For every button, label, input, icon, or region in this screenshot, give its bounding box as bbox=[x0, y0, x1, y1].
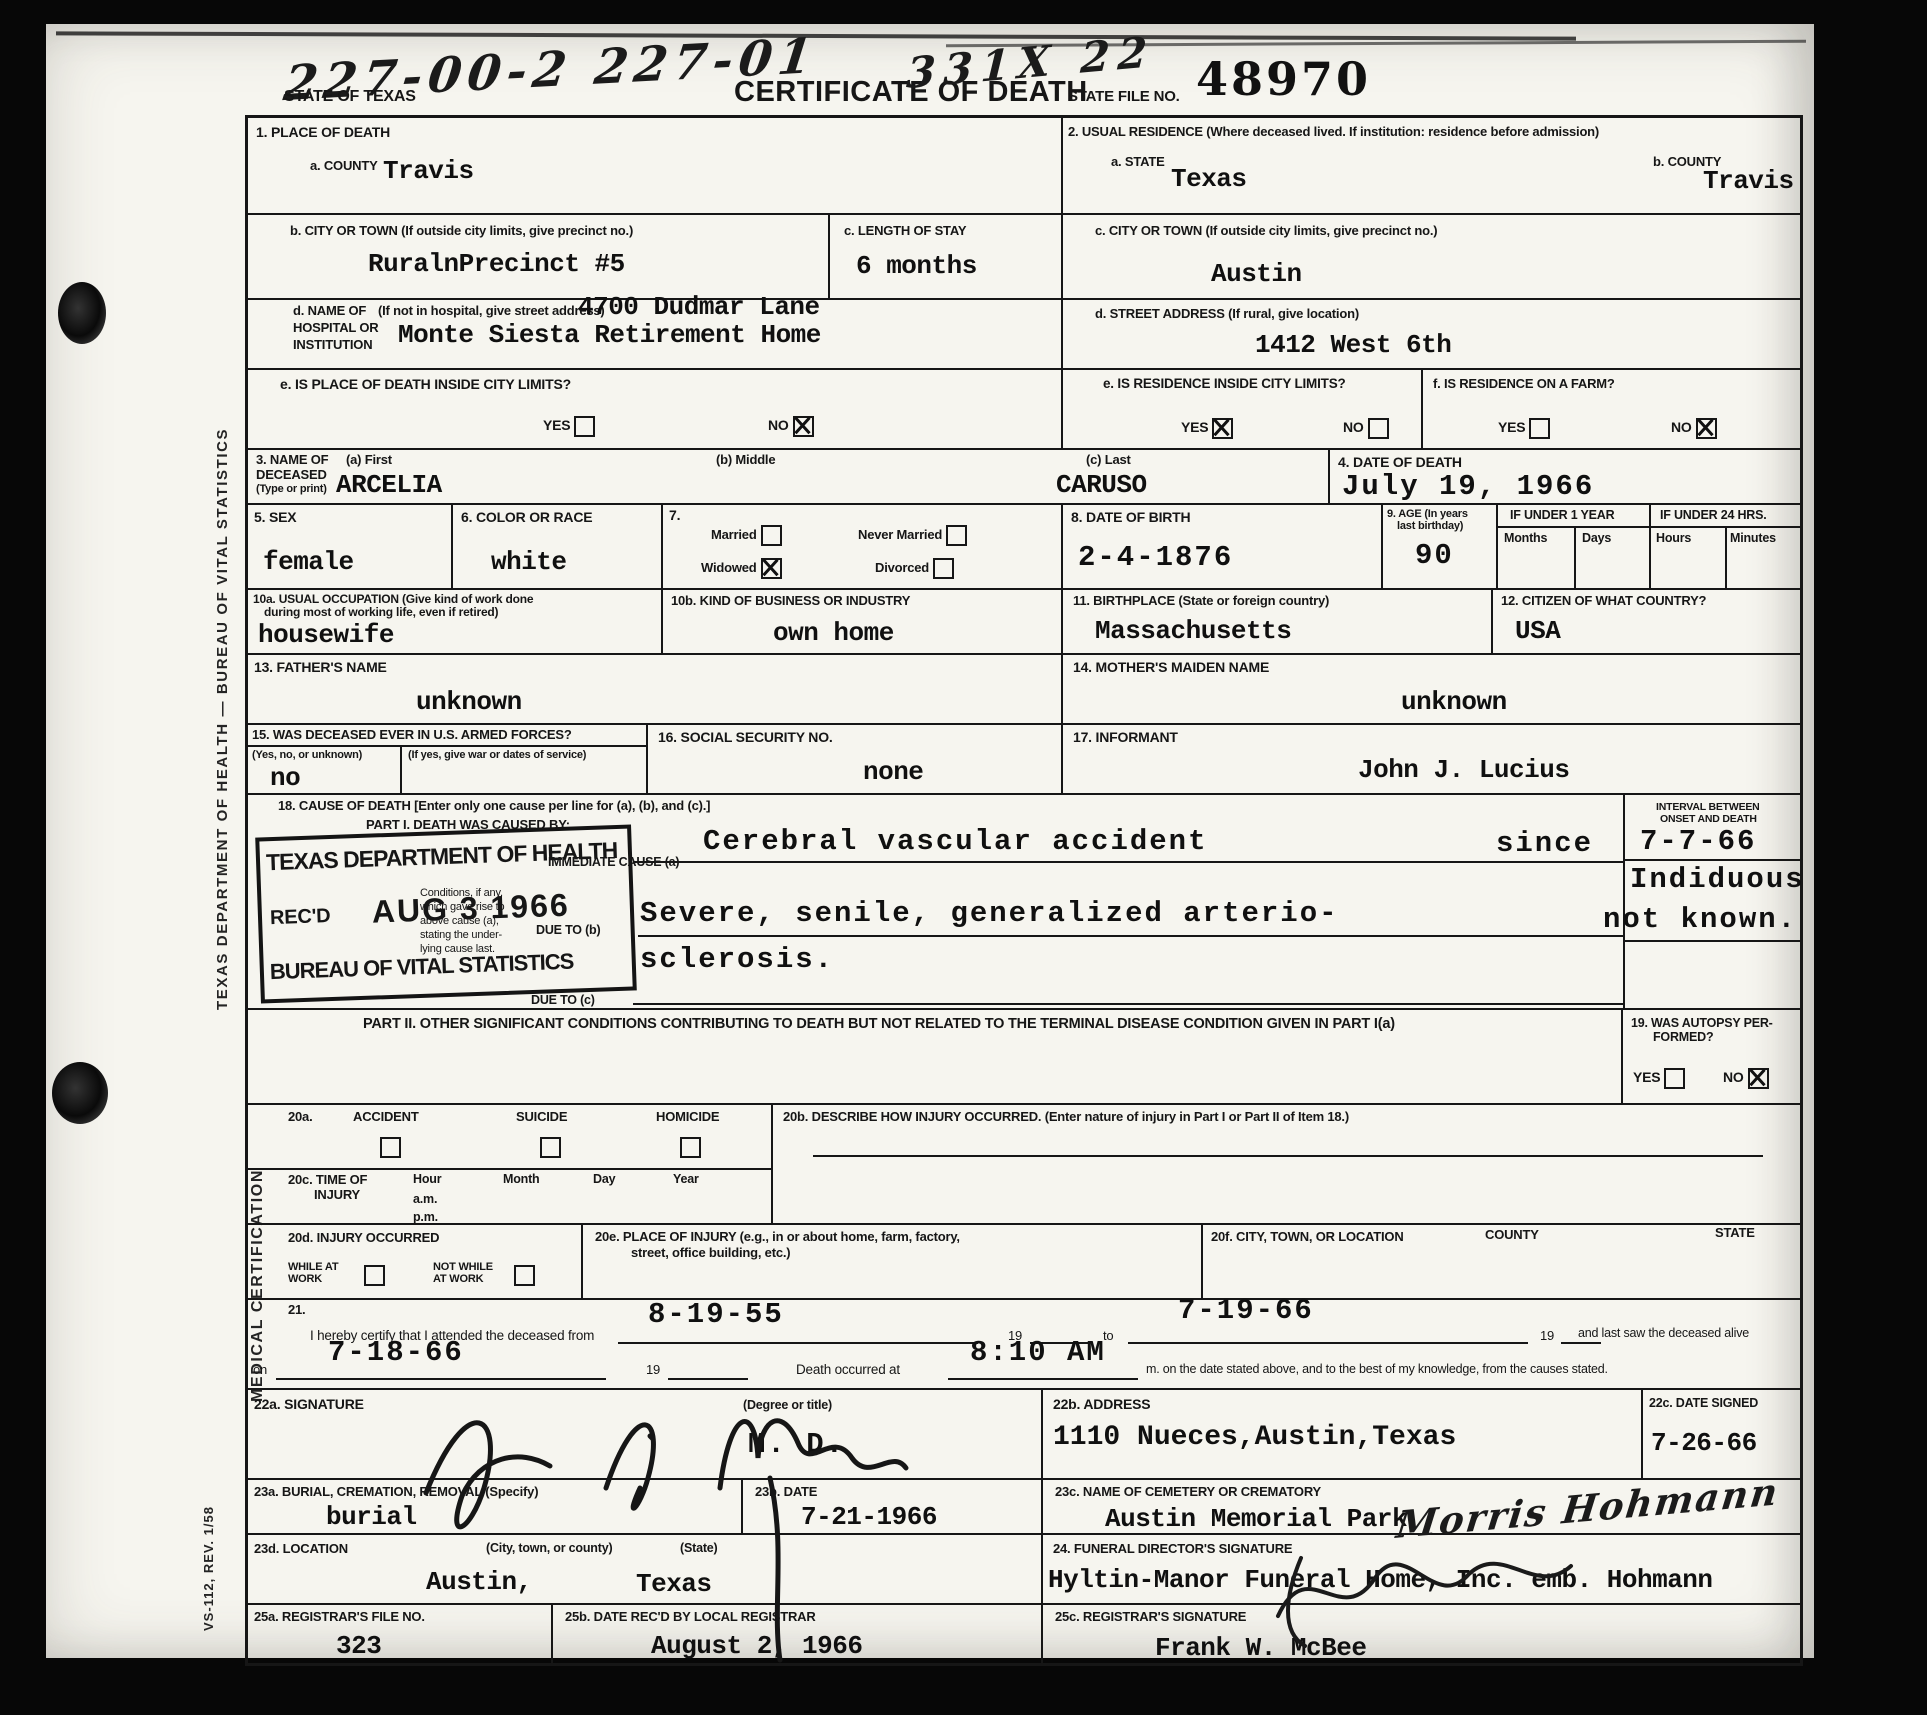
field-12-citizen-of-country: 12. CITIZEN OF WHAT COUNTRY? USA bbox=[1493, 588, 1800, 653]
hour-label: Hour bbox=[413, 1172, 441, 1186]
no-checkbox-checked bbox=[793, 416, 814, 437]
no-checkbox-checked bbox=[1696, 418, 1717, 439]
margin-department-text: TEXAS DEPARTMENT OF HEALTH — BUREAU OF V… bbox=[214, 286, 231, 1010]
field-label: 10a. USUAL OCCUPATION (Give kind of work… bbox=[253, 592, 533, 606]
accident-checkbox bbox=[380, 1137, 401, 1158]
field-16-social-security-no: 16. SOCIAL SECURITY NO. none bbox=[648, 723, 1063, 793]
not-while-at-work-label: AT WORK bbox=[433, 1273, 483, 1285]
state-file-no-label: STATE FILE NO. bbox=[1068, 88, 1180, 105]
field-hint: (Yes, no, or unknown) bbox=[252, 749, 362, 761]
certify-text: m. on the date stated above, and to the … bbox=[1146, 1362, 1608, 1376]
field-label: 11. BIRTHPLACE (State or foreign country… bbox=[1073, 593, 1329, 608]
field-10a-usual-occupation: 10a. USUAL OCCUPATION (Give kind of work… bbox=[248, 588, 663, 653]
yes-label: YES bbox=[543, 417, 570, 433]
field-label: c. LENGTH OF STAY bbox=[844, 223, 966, 238]
cemetery-value: Austin Memorial Park bbox=[1105, 1504, 1407, 1534]
field-label: 13. FATHER'S NAME bbox=[254, 659, 387, 675]
due-to-c-label: DUE TO (c) bbox=[531, 993, 595, 1007]
field-7-marital-status: 7. Married Never Married Widowed Divorce… bbox=[663, 503, 1063, 588]
field-20a-accident-suicide-homicide: 20a. ACCIDENT SUICIDE HOMICIDE bbox=[248, 1103, 773, 1168]
while-at-work-label: WORK bbox=[288, 1273, 322, 1285]
mothers-name-value: unknown bbox=[1401, 687, 1507, 717]
field-label: street, office building, etc.) bbox=[631, 1245, 790, 1260]
day-label: Day bbox=[593, 1172, 615, 1186]
field-2c-city-or-town: c. CITY OR TOWN (If outside city limits,… bbox=[1063, 213, 1800, 298]
field-5-sex: 5. SEX female bbox=[248, 503, 453, 588]
field-10b-kind-of-business: 10b. KIND OF BUSINESS OR INDUSTRY own ho… bbox=[663, 588, 1063, 653]
field-label: 9. AGE (In years bbox=[1387, 508, 1468, 520]
field-20c-time-of-injury: 20c. TIME OF INJURY Hour a.m. p.m. Month… bbox=[248, 1168, 773, 1223]
yes-option: YES bbox=[1633, 1068, 1685, 1089]
if-under-1-year-label: IF UNDER 1 YEAR bbox=[1510, 508, 1614, 522]
stamp-line3: BUREAU OF VITAL STATISTICS bbox=[269, 949, 573, 986]
field-20f-city-town-location: 20f. CITY, TOWN, OR LOCATION COUNTY STAT… bbox=[1203, 1223, 1800, 1298]
stamp-recd-label: REC'D bbox=[270, 905, 331, 930]
no-label: NO bbox=[1671, 419, 1692, 435]
state-of-texas-label: STATE OF TEXAS bbox=[284, 88, 416, 106]
field-part2-other-conditions: PART II. OTHER SIGNIFICANT CONDITIONS CO… bbox=[248, 1008, 1623, 1103]
field-label: 23c. NAME OF CEMETERY OR CREMATORY bbox=[1055, 1484, 1321, 1499]
field-13-fathers-name: 13. FATHER'S NAME unknown bbox=[248, 653, 1063, 723]
interval-b-value-line1: Indiduous bbox=[1630, 863, 1805, 896]
divorced-label: Divorced bbox=[875, 560, 929, 575]
field-label: 20b. DESCRIBE HOW INJURY OCCURRED. (Ente… bbox=[783, 1109, 1349, 1124]
yes-option: YES bbox=[1181, 418, 1233, 439]
field-label: last birthday) bbox=[1397, 520, 1463, 532]
field-label: FORMED? bbox=[1653, 1030, 1713, 1044]
field-2e-residence-inside-city-limits: e. IS RESIDENCE INSIDE CITY LIMITS? YES … bbox=[1063, 368, 1423, 448]
field-2f-residence-on-farm: f. IS RESIDENCE ON A FARM? YES NO bbox=[1423, 368, 1800, 448]
widowed-option: Widowed bbox=[701, 558, 782, 579]
never-married-label: Never Married bbox=[858, 527, 942, 542]
field-1e-place-inside-city-limits: e. IS PLACE OF DEATH INSIDE CITY LIMITS?… bbox=[248, 368, 1063, 448]
field-label: 6. COLOR OR RACE bbox=[461, 509, 592, 525]
months-label: Months bbox=[1504, 531, 1547, 545]
field-hint: (Type or print) bbox=[256, 483, 327, 495]
field-label: 10b. KIND OF BUSINESS OR INDUSTRY bbox=[671, 593, 910, 608]
field-3-name-of-deceased: 3. NAME OF DECEASED (Type or print) (a) … bbox=[248, 448, 1330, 503]
business-value: own home bbox=[773, 618, 894, 648]
field-9-age: 9. AGE (In years last birthday) 90 bbox=[1383, 503, 1498, 588]
field-label: 17. INFORMANT bbox=[1073, 729, 1178, 745]
yes-option: YES bbox=[543, 416, 595, 437]
middle-name-label: (b) Middle bbox=[716, 452, 775, 467]
pm-label: p.m. bbox=[413, 1210, 438, 1224]
stamp-line1: TEXAS DEPARTMENT OF HEALTH bbox=[266, 837, 618, 876]
field-hint: (If yes, give war or dates of service) bbox=[408, 749, 586, 761]
married-checkbox bbox=[761, 525, 782, 546]
field-1d-hospital-or-institution: d. NAME OF (If not in hospital, give str… bbox=[248, 298, 1063, 368]
county-label: COUNTY bbox=[1485, 1227, 1539, 1242]
field-22c-date-signed: 22c. DATE SIGNED 7-26-66 bbox=[1643, 1388, 1800, 1478]
street-address-value: 4700 Dudmar Lane bbox=[578, 292, 820, 322]
no-checkbox-checked bbox=[1748, 1068, 1769, 1089]
time-of-death-value: 8:10 AM bbox=[970, 1336, 1106, 1369]
physician-address-value: 1110 Nueces,Austin,Texas bbox=[1053, 1422, 1456, 1453]
ssn-value: none bbox=[863, 757, 923, 787]
file-number-value: 323 bbox=[336, 1631, 381, 1661]
field-2d-street-address: d. STREET ADDRESS (If rural, give locati… bbox=[1063, 298, 1800, 368]
fathers-name-value: unknown bbox=[416, 687, 522, 717]
hours-label: Hours bbox=[1656, 531, 1691, 545]
yes-checkbox-checked bbox=[1212, 418, 1233, 439]
field-label: INJURY bbox=[314, 1187, 360, 1202]
cause-b-value-line2: sclerosis. bbox=[640, 943, 834, 976]
field-label: 18. CAUSE OF DEATH [Enter only one cause… bbox=[278, 798, 710, 813]
date-of-birth-value: 2-4-1876 bbox=[1078, 541, 1233, 574]
no-label: NO bbox=[1723, 1069, 1744, 1085]
never-married-option: Never Married bbox=[858, 525, 967, 546]
field-label: 7. bbox=[669, 507, 680, 523]
field-label: 4. DATE OF DEATH bbox=[1338, 454, 1462, 470]
state-label: a. STATE bbox=[1111, 154, 1165, 169]
physician-signature-scrawl bbox=[398, 1308, 938, 1668]
interval-label: ONSET AND DEATH bbox=[1660, 813, 1757, 825]
field-20b-describe-injury: 20b. DESCRIBE HOW INJURY OCCURRED. (Ente… bbox=[773, 1103, 1800, 1168]
field-label: 2. USUAL RESIDENCE (Where deceased lived… bbox=[1068, 124, 1599, 139]
length-of-stay-value: 6 months bbox=[856, 251, 977, 281]
field-label: 25c. REGISTRAR'S SIGNATURE bbox=[1055, 1609, 1246, 1624]
state-label: STATE bbox=[1715, 1225, 1755, 1240]
homicide-label: HOMICIDE bbox=[656, 1109, 719, 1124]
city-value: Austin bbox=[1211, 259, 1302, 289]
not-while-at-work-checkbox bbox=[514, 1265, 535, 1286]
occupation-value: housewife bbox=[258, 620, 394, 650]
field-label: e. IS RESIDENCE INSIDE CITY LIMITS? bbox=[1103, 376, 1346, 391]
field-label: 20f. CITY, TOWN, OR LOCATION bbox=[1211, 1229, 1404, 1244]
year-19-label: 19 bbox=[1540, 1328, 1554, 1343]
birthplace-value: Massachusetts bbox=[1095, 616, 1291, 646]
field-20e-place-of-injury: 20e. PLACE OF INJURY (e.g., in or about … bbox=[583, 1223, 1203, 1298]
field-label: 15. WAS DECEASED EVER IN U.S. ARMED FORC… bbox=[252, 727, 572, 742]
field-1c-length-of-stay: c. LENGTH OF STAY 6 months bbox=[830, 213, 1063, 298]
attended-to-value: 7-19-66 bbox=[1178, 1294, 1314, 1327]
field-label: HOSPITAL OR bbox=[293, 320, 378, 335]
yes-checkbox bbox=[1664, 1068, 1685, 1089]
while-at-work-label: WHILE AT bbox=[288, 1261, 338, 1273]
certify-text: and last saw the deceased alive bbox=[1578, 1326, 1749, 1340]
field-label: during most of working life, even if ret… bbox=[264, 605, 498, 619]
field-label: f. IS RESIDENCE ON A FARM? bbox=[1433, 376, 1615, 391]
field-9-under-one-year: IF UNDER 1 YEAR IF UNDER 24 HRS. Months … bbox=[1498, 503, 1800, 588]
field-label: b. CITY OR TOWN (If outside city limits,… bbox=[290, 223, 633, 238]
no-option: NO bbox=[1343, 418, 1389, 439]
first-name-label: (a) First bbox=[346, 452, 392, 467]
hole-punch bbox=[58, 282, 106, 344]
street-address-value: 1412 West 6th bbox=[1255, 330, 1451, 360]
field-6-color-or-race: 6. COLOR OR RACE white bbox=[453, 503, 663, 588]
citizen-value: USA bbox=[1515, 616, 1560, 646]
not-while-at-work-label: NOT WHILE bbox=[433, 1261, 493, 1273]
no-label: NO bbox=[1343, 419, 1364, 435]
field-label: 21. bbox=[288, 1302, 305, 1317]
field-8-date-of-birth: 8. DATE OF BIRTH 2-4-1876 bbox=[1063, 503, 1383, 588]
field-label: 24. FUNERAL DIRECTOR'S SIGNATURE bbox=[1053, 1541, 1292, 1556]
minutes-label: Minutes bbox=[1730, 531, 1776, 545]
cause-a-interval-word: since bbox=[1496, 827, 1593, 860]
field-20d-injury-occurred: 20d. INJURY OCCURRED WHILE AT WORK NOT W… bbox=[248, 1223, 583, 1298]
field-label: 19. WAS AUTOPSY PER- bbox=[1631, 1016, 1773, 1030]
while-at-work-checkbox bbox=[364, 1265, 385, 1286]
yes-checkbox bbox=[1529, 418, 1550, 439]
certificate-form: 1. PLACE OF DEATH a. COUNTY Travis 2. US… bbox=[245, 115, 1803, 1666]
yes-checkbox bbox=[574, 416, 595, 437]
field-label: 20a. bbox=[288, 1109, 313, 1124]
field-20b-continued bbox=[773, 1168, 1800, 1223]
field-label: 23d. LOCATION bbox=[254, 1541, 348, 1556]
widowed-label: Widowed bbox=[701, 560, 757, 575]
divorced-option: Divorced bbox=[875, 558, 954, 579]
field-label: 20d. INJURY OCCURRED bbox=[288, 1230, 439, 1245]
field-label: 22b. ADDRESS bbox=[1053, 1396, 1150, 1412]
state-file-number: 48970 bbox=[1196, 52, 1371, 106]
field-22b-address: 22b. ADDRESS 1110 Nueces,Austin,Texas bbox=[1043, 1388, 1643, 1478]
scanned-death-certificate: TEXAS DEPARTMENT OF HEALTH — BUREAU OF V… bbox=[46, 24, 1814, 1658]
county-value: Travis bbox=[1703, 166, 1794, 196]
field-18-cause-of-death: 18. CAUSE OF DEATH [Enter only one cause… bbox=[248, 793, 1800, 1008]
no-checkbox bbox=[1368, 418, 1389, 439]
field-label: INSTITUTION bbox=[293, 337, 372, 352]
margin-form-code: VS-112, REV. 1/58 bbox=[201, 1279, 216, 1631]
bureau-received-stamp: TEXAS DEPARTMENT OF HEALTH REC'D AUG 3 1… bbox=[255, 824, 637, 1003]
sex-value: female bbox=[263, 547, 354, 577]
never-married-checkbox bbox=[946, 525, 967, 546]
armed-forces-value: no bbox=[270, 763, 300, 793]
field-hint: (If not in hospital, give street address… bbox=[378, 303, 605, 318]
field-4-date-of-death: 4. DATE OF DEATH July 19, 1966 bbox=[1330, 448, 1800, 503]
county-value: Travis bbox=[383, 156, 474, 186]
month-label: Month bbox=[503, 1172, 539, 1186]
field-11-birthplace: 11. BIRTHPLACE (State or foreign country… bbox=[1063, 588, 1493, 653]
first-name-value: ARCELIA bbox=[336, 470, 442, 500]
married-option: Married bbox=[711, 525, 782, 546]
county-label: a. COUNTY bbox=[310, 158, 378, 173]
field-17-informant: 17. INFORMANT John J. Lucius bbox=[1063, 723, 1800, 793]
am-label: a.m. bbox=[413, 1192, 437, 1206]
yes-label: YES bbox=[1633, 1069, 1660, 1085]
field-label: c. CITY OR TOWN (If outside city limits,… bbox=[1095, 223, 1437, 238]
field-label: 16. SOCIAL SECURITY NO. bbox=[658, 729, 833, 745]
no-option: NO bbox=[768, 416, 814, 437]
field-label: d. STREET ADDRESS (If rural, give locati… bbox=[1095, 306, 1359, 321]
no-option: NO bbox=[1723, 1068, 1769, 1089]
race-value: white bbox=[491, 547, 567, 577]
yes-option: YES bbox=[1498, 418, 1550, 439]
days-label: Days bbox=[1582, 531, 1611, 545]
hole-punch bbox=[52, 1062, 108, 1124]
on-label: on bbox=[253, 1362, 267, 1377]
field-label: 5. SEX bbox=[254, 509, 296, 525]
last-name-value: CARUSO bbox=[1056, 470, 1147, 500]
if-under-24-hrs-label: IF UNDER 24 HRS. bbox=[1660, 508, 1767, 522]
field-14-mothers-maiden-name: 14. MOTHER'S MAIDEN NAME unknown bbox=[1063, 653, 1800, 723]
no-label: NO bbox=[768, 417, 789, 433]
field-label: e. IS PLACE OF DEATH INSIDE CITY LIMITS? bbox=[280, 376, 571, 392]
field-label: 14. MOTHER'S MAIDEN NAME bbox=[1073, 659, 1269, 675]
city-value: RuralnPrecinct #5 bbox=[368, 249, 625, 279]
stamp-date: AUG 3 1966 bbox=[371, 887, 570, 931]
date-signed-value: 7-26-66 bbox=[1651, 1428, 1757, 1458]
field-label: 22a. SIGNATURE bbox=[254, 1396, 364, 1412]
homicide-checkbox bbox=[680, 1137, 701, 1158]
field-label: 12. CITIZEN OF WHAT COUNTRY? bbox=[1501, 593, 1706, 608]
field-label: 20c. TIME OF bbox=[288, 1172, 367, 1187]
year-label: Year bbox=[673, 1172, 699, 1186]
widowed-checkbox-checked bbox=[761, 558, 782, 579]
interval-a-value: 7-7-66 bbox=[1640, 825, 1756, 858]
date-of-death-value: July 19, 1966 bbox=[1342, 470, 1594, 503]
field-label: 22c. DATE SIGNED bbox=[1649, 1396, 1758, 1410]
yes-label: YES bbox=[1181, 419, 1208, 435]
age-value: 90 bbox=[1415, 539, 1454, 572]
no-option: NO bbox=[1671, 418, 1717, 439]
field-label: d. NAME OF bbox=[293, 303, 366, 318]
last-name-label: (c) Last bbox=[1086, 452, 1131, 467]
cause-b-value-line1: Severe, senile, generalized arterio- bbox=[640, 897, 1339, 930]
field-label: 8. DATE OF BIRTH bbox=[1071, 509, 1190, 525]
field-15-armed-forces: 15. WAS DECEASED EVER IN U.S. ARMED FORC… bbox=[248, 723, 648, 793]
field-label: 1. PLACE OF DEATH bbox=[256, 124, 390, 140]
field-19-autopsy: 19. WAS AUTOPSY PER- FORMED? YES NO bbox=[1623, 1008, 1800, 1103]
part2-label: PART II. OTHER SIGNIFICANT CONDITIONS CO… bbox=[363, 1016, 1395, 1032]
interval-label: INTERVAL BETWEEN bbox=[1656, 801, 1760, 813]
cause-a-value: Cerebral vascular accident bbox=[703, 825, 1207, 858]
accident-label: ACCIDENT bbox=[353, 1109, 419, 1124]
married-label: Married bbox=[711, 527, 757, 542]
interval-b-value-line2: not known. bbox=[1603, 903, 1797, 936]
state-value: Texas bbox=[1171, 164, 1247, 194]
field-label: DECEASED bbox=[256, 467, 327, 482]
field-label: 20e. PLACE OF INJURY (e.g., in or about … bbox=[595, 1229, 960, 1244]
registrar-signature-scrawl bbox=[1263, 1536, 1593, 1656]
field-2-usual-residence: 2. USUAL RESIDENCE (Where deceased lived… bbox=[1063, 118, 1800, 213]
divorced-checkbox bbox=[933, 558, 954, 579]
field-1b-city-or-town: b. CITY OR TOWN (If outside city limits,… bbox=[248, 213, 830, 298]
suicide-checkbox bbox=[540, 1137, 561, 1158]
informant-value: John J. Lucius bbox=[1358, 755, 1569, 785]
suicide-label: SUICIDE bbox=[516, 1109, 567, 1124]
field-label: 3. NAME OF bbox=[256, 452, 328, 467]
institution-name-value: Monte Siesta Retirement Home bbox=[398, 320, 821, 350]
yes-label: YES bbox=[1498, 419, 1525, 435]
field-1-place-of-death: 1. PLACE OF DEATH a. COUNTY Travis bbox=[248, 118, 1063, 213]
